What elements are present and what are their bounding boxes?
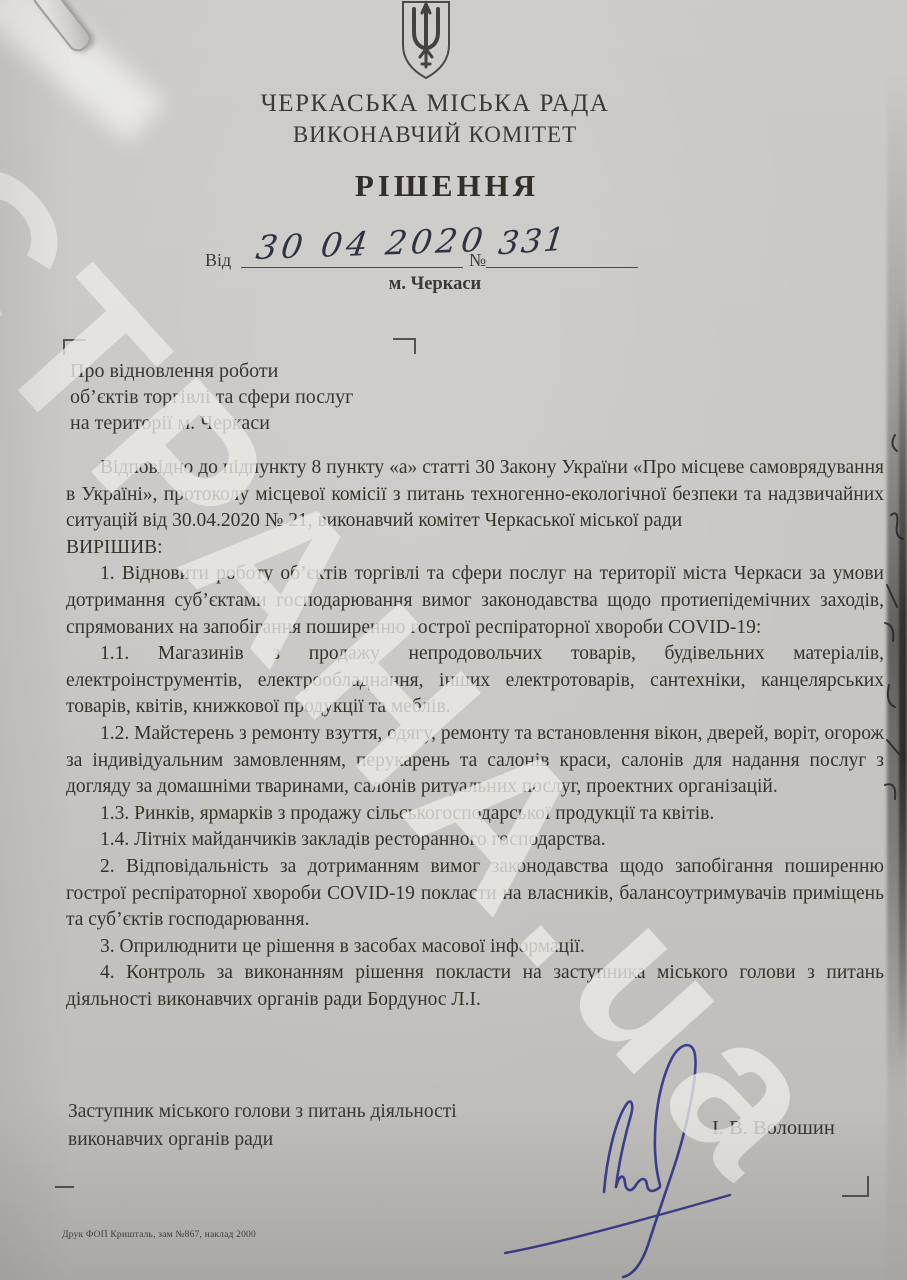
number-sign-label: № [469,250,486,271]
resolution-paragraph: 1.3. Ринків, ярмарків з продажу сільсько… [66,801,884,828]
scanned-document-page: ЧЕРКАСЬКА МІСЬКА РАДА ВИКОНАВЧИЙ КОМІТЕТ… [0,0,907,1280]
document-type-title: РІШЕННЯ [0,168,894,204]
date-from-label: Від [205,250,231,271]
place-line: м. Черкаси [0,274,870,295]
corner-mark-top-right [393,338,416,354]
resolution-paragraph: 1.1. Магазинів з продажу непродовольчих … [66,641,884,721]
handwritten-signature [490,1025,750,1280]
signatory-position-line2: виконавчих органів ради [68,1126,548,1154]
subject-line: об’єктів торгівлі та сфери послуг [70,384,430,410]
committee-name: ВИКОНАВЧИЙ КОМІТЕТ [0,122,870,148]
handwritten-date: 30 04 2020 [254,220,490,267]
resolution-paragraph: 1.2. Майстерень з ремонту взуття, одягу,… [66,721,884,801]
resolution-paragraph: 4. Контроль за виконанням рішення поклас… [66,960,884,1013]
intro-paragraph: Відповідно до підпункту 8 пункту «а» ста… [66,455,884,535]
subject-line: Про відновлення роботи [70,358,430,384]
signatory-position: Заступник міського голови з питань діяль… [68,1098,548,1154]
resolution-paragraph: 1. Відновити роботу об’єктів торгівлі та… [66,561,884,641]
print-shop-note: Друк ФОП Кришталь, зам №867, наклад 2000 [62,1230,256,1240]
signatory-position-line1: Заступник міського голови з питань діяль… [68,1098,548,1126]
organization-name: ЧЕРКАСЬКА МІСЬКА РАДА [0,90,870,118]
resolution-items: 1. Відновити роботу об’єктів торгівлі та… [66,561,884,1013]
corner-mark-bottom-right [842,1176,869,1197]
resolution-paragraph: 1.4. Літніх майданчиків закладів рестора… [66,827,884,854]
corner-mark-bottom-left [55,1184,74,1188]
page-edge-handwriting [879,395,905,820]
handwritten-number: 331 [497,220,569,263]
ukraine-trident-emblem-icon [396,0,456,87]
corner-mark-top-left [63,339,86,355]
resolution-paragraph: 3. Оприлюднити це рішення в засобах масо… [66,934,884,961]
document-body: Відповідно до підпункту 8 пункту «а» ста… [66,455,884,1013]
resolved-label: ВИРІШИВ: [66,535,884,562]
subject-line: на території м. Черкаси [70,410,430,436]
resolution-paragraph: 2. Відповідальність за дотриманням вимог… [66,854,884,934]
subject-block: Про відновлення роботиоб’єктів торгівлі … [70,358,430,436]
